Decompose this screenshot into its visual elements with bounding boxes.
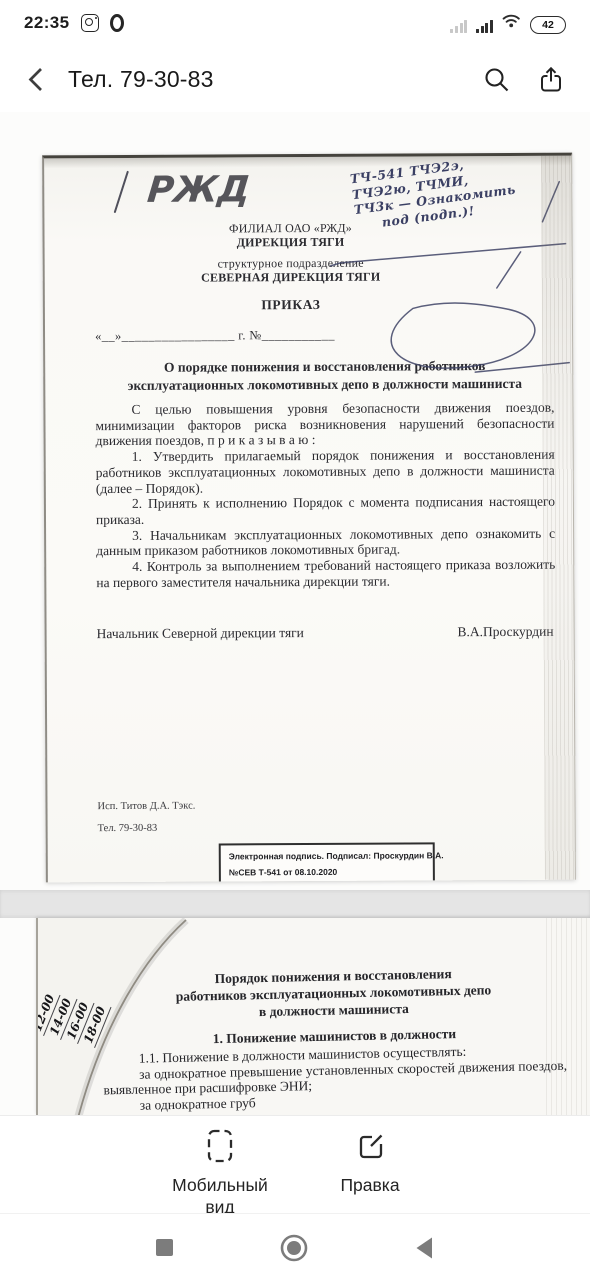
clock: 22:35: [24, 13, 69, 33]
handwritten-times: 12-00 14-00 16-00 18-00: [40, 920, 170, 1050]
android-nav-bar: [0, 1213, 590, 1280]
edit-label: Правка: [340, 1174, 399, 1196]
notification-icons: [81, 14, 124, 32]
recents-icon[interactable]: [156, 1239, 173, 1256]
executor-block: Исп. Титов Д.А. Тэкс. Тел. 79-30-83: [97, 796, 195, 841]
status-icons: 42: [450, 13, 566, 33]
app-bar: Тел. 79-30-83: [0, 46, 590, 112]
page-gap: [0, 890, 590, 918]
order-body: С целью повышения уровня безопасности дв…: [95, 400, 555, 591]
mobile-view-button[interactable]: Мобильный вид: [160, 1128, 280, 1213]
opera-icon: [110, 14, 124, 32]
organization-block: ФИЛИАЛ ОАО «РЖД» ДИРЕКЦИЯ ТЯГИ структурн…: [130, 220, 450, 285]
back-icon[interactable]: [26, 66, 48, 93]
document-type: ПРИКАЗ: [131, 296, 451, 314]
letterhead-logo-row: РЖД: [94, 162, 553, 216]
signer-name: В.А.Проскурдин: [457, 624, 553, 641]
phone-line: Тел. 79-30-83: [98, 818, 196, 841]
esign-line: Электронная подпись. Подписал: Проскурди…: [229, 850, 427, 861]
rzd-logo: РЖД: [146, 163, 266, 219]
battery-icon: 42: [530, 16, 566, 34]
paragraph: 4. Контроль за выполнением требований на…: [96, 557, 555, 591]
edit-button[interactable]: Правка: [310, 1128, 430, 1213]
mobile-view-icon: [205, 1128, 235, 1169]
signature-row: Начальник Северной дирекции тяги В.А.Про…: [97, 624, 556, 642]
paragraph: 3. Начальникам эксплуатационных локомоти…: [96, 525, 555, 559]
wifi-icon: [502, 13, 521, 33]
signal-sim1-icon: [450, 19, 467, 33]
home-icon[interactable]: [279, 1233, 309, 1263]
electronic-signature-stamp: Электронная подпись. Подписал: Проскурди…: [219, 842, 435, 882]
paragraph: 2. Принять к исполнению Порядок с момент…: [96, 494, 555, 528]
battery-percent: 42: [542, 19, 554, 31]
signal-sim2-icon: [476, 19, 493, 33]
document-page-2[interactable]: Порядок понижения и восстановления работ…: [36, 918, 590, 1115]
bottom-toolbar: Мобильный вид Правка: [0, 1115, 590, 1213]
document-scroll-area[interactable]: РЖД ФИЛИАЛ ОАО «РЖД» ДИРЕКЦИЯ ТЯГИ струк…: [0, 112, 590, 1115]
pen-mark: [114, 171, 129, 214]
share-icon[interactable]: [538, 66, 564, 93]
paragraph: 1. Утвердить прилагаемый порядок понижен…: [96, 447, 555, 497]
mobile-view-label: Мобильный вид: [160, 1174, 280, 1218]
document-page-1[interactable]: РЖД ФИЛИАЛ ОАО «РЖД» ДИРЕКЦИЯ ТЯГИ струк…: [42, 153, 576, 883]
edit-icon: [355, 1128, 385, 1169]
status-bar: 22:35 42: [0, 0, 590, 46]
executor-line: Исп. Титов Д.А. Тэкс.: [97, 796, 195, 819]
instagram-icon: [81, 14, 99, 32]
search-icon[interactable]: [483, 66, 510, 93]
document-title: Тел. 79-30-83: [68, 66, 214, 93]
esign-line-clipped: №СЕВ Т-541 от 08.10.2020: [229, 866, 427, 877]
signer-position: Начальник Северной дирекции тяги: [97, 625, 304, 642]
phone-screen: 22:35 42 Тел. 79-30-83: [0, 0, 590, 1280]
back-nav-icon[interactable]: [415, 1236, 434, 1260]
order-title: О порядке понижения и восстановления раб…: [95, 357, 554, 394]
date-number-line: «__»_________________ г. №___________: [95, 327, 554, 344]
paragraph: С целью повышения уровня безопасности дв…: [95, 400, 554, 450]
org-line: СЕВЕРНАЯ ДИРЕКЦИЯ ТЯГИ: [131, 269, 451, 285]
svg-text:РЖД: РЖД: [146, 168, 252, 210]
